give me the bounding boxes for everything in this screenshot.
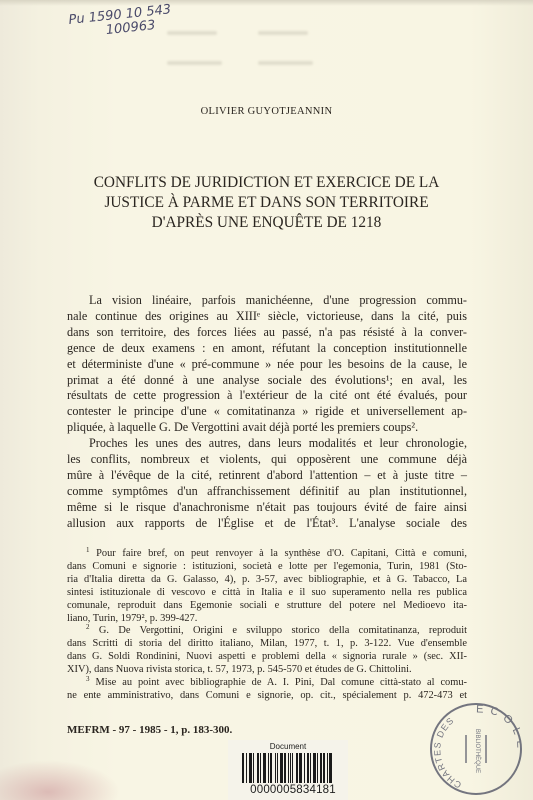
footnote-line: sintesi istituzionale di vescovo e città… bbox=[67, 587, 467, 600]
title-line: CONFLITS DE JURIDICTION ET EXERCICE DE L… bbox=[0, 173, 533, 193]
svg-text:BIBLIOTHÈQUE: BIBLIOTHÈQUE bbox=[474, 729, 481, 773]
show-through-mark bbox=[167, 61, 222, 65]
body-line: comme symptômes d'un affranchissement dé… bbox=[67, 484, 467, 500]
paper-stain bbox=[0, 760, 120, 800]
body-line: et déterministe d'une « pré-commune » né… bbox=[67, 357, 467, 373]
author-name: OLIVIER GUYOTJEANNIN bbox=[0, 106, 533, 117]
body-line: résultats de cette progression à l'extér… bbox=[67, 388, 467, 404]
show-through-mark bbox=[258, 31, 308, 35]
paragraph-1: La vision linéaire, parfois manichéenne,… bbox=[67, 293, 467, 436]
scan-edge-shadow bbox=[0, 0, 533, 6]
body-line: même si le risque d'anachronisme n'était… bbox=[67, 500, 467, 516]
barcode-number: 0000005834181 bbox=[238, 784, 348, 796]
footnote-line: 2 G. De Vergottini, Origini e sviluppo s… bbox=[67, 625, 467, 638]
body-line: Proches les unes des autres, dans leurs … bbox=[67, 436, 467, 452]
footnote-2: 2 G. De Vergottini, Origini e sviluppo s… bbox=[67, 625, 467, 677]
body-line: pliquée, à laquelle G. De Vergottini ava… bbox=[67, 420, 467, 436]
footnote-line: XIV), dans Nuova rivista storica, t. 57,… bbox=[67, 664, 467, 677]
barcode-icon bbox=[242, 753, 338, 783]
footnote-line: ne ente amministrativo, dans Comuni e si… bbox=[67, 690, 467, 703]
body-line: gence de deux examens : en amont, réfuta… bbox=[67, 341, 467, 357]
article-body: La vision linéaire, parfois manichéenne,… bbox=[67, 293, 467, 532]
show-through-mark bbox=[167, 31, 217, 35]
footnote-line: comunale, reproduit dans Egemonie social… bbox=[67, 600, 467, 613]
footnote-line: dans G. Soldi Rondinini, Nuovi aspetti e… bbox=[67, 651, 467, 664]
title-line: D'APRÈS UNE ENQUÊTE DE 1218 bbox=[0, 213, 533, 233]
body-line: nale continue des origines au XIIIᵉ sièc… bbox=[67, 309, 467, 325]
footnote-line: dans Comuni e signorie : istituzioni, so… bbox=[67, 561, 467, 574]
svg-text:CHARTES DES: CHARTES DES bbox=[432, 715, 463, 790]
barcode-label: Document 0000005834181 bbox=[228, 740, 348, 800]
body-line: contester le principe d'une « comitatina… bbox=[67, 404, 467, 420]
footnote-1: 1 Pour faire bref, on peut renvoyer à la… bbox=[67, 548, 467, 625]
article-title: CONFLITS DE JURIDICTION ET EXERCICE DE L… bbox=[0, 173, 533, 233]
scanned-page: Pu 1590 10 543 100963 OLIVIER GUYOTJEANN… bbox=[0, 0, 533, 800]
library-stamp: ECOLE CHARTES DES BIBLIOTHÈQUE bbox=[430, 703, 522, 795]
footnote-line: ria d'Italia diretta da G. Galasso, 4), … bbox=[67, 574, 467, 587]
journal-citation: MEFRM - 97 - 1985 - 1, p. 183-300. bbox=[67, 724, 232, 736]
barcode-caption: Document bbox=[228, 742, 348, 751]
footnote-number: 1 bbox=[86, 546, 90, 554]
footnote-line: 1 Pour faire bref, on peut renvoyer à la… bbox=[67, 548, 467, 561]
handwritten-shelfmark: Pu 1590 10 543 100963 bbox=[68, 3, 173, 42]
stamp-icon: ECOLE CHARTES DES BIBLIOTHÈQUE bbox=[432, 705, 520, 793]
show-through-mark bbox=[258, 61, 313, 65]
paragraph-2: Proches les unes des autres, dans leurs … bbox=[67, 436, 467, 531]
body-line: dans son territoire, des forces liées au… bbox=[67, 325, 467, 341]
footnote-number: 2 bbox=[86, 623, 90, 631]
body-line: les conflits, nombreux et violents, qui … bbox=[67, 452, 467, 468]
svg-text:ECOLE: ECOLE bbox=[476, 705, 520, 754]
body-line: La vision linéaire, parfois manichéenne,… bbox=[67, 293, 467, 309]
footnote-number: 3 bbox=[86, 675, 90, 683]
footnote-line: liano, Turin, 1979², p. 399-427. bbox=[67, 613, 467, 626]
footnote-line: dans Scritti di storia del diritto itali… bbox=[67, 638, 467, 651]
footnotes: 1 Pour faire bref, on peut renvoyer à la… bbox=[67, 548, 467, 703]
title-line: JUSTICE À PARME ET DANS SON TERRITOIRE bbox=[0, 193, 533, 213]
footnote-3: 3 Mise au point avec bibliographie de A.… bbox=[67, 677, 467, 703]
footnote-line: 3 Mise au point avec bibliographie de A.… bbox=[67, 677, 467, 690]
body-line: allusion aux rapports de l'Église et de … bbox=[67, 516, 467, 532]
body-line: mûre à l'évêque de la cité, retinrent d'… bbox=[67, 468, 467, 484]
body-line: primat a été donné à une analyse sociale… bbox=[67, 373, 467, 389]
